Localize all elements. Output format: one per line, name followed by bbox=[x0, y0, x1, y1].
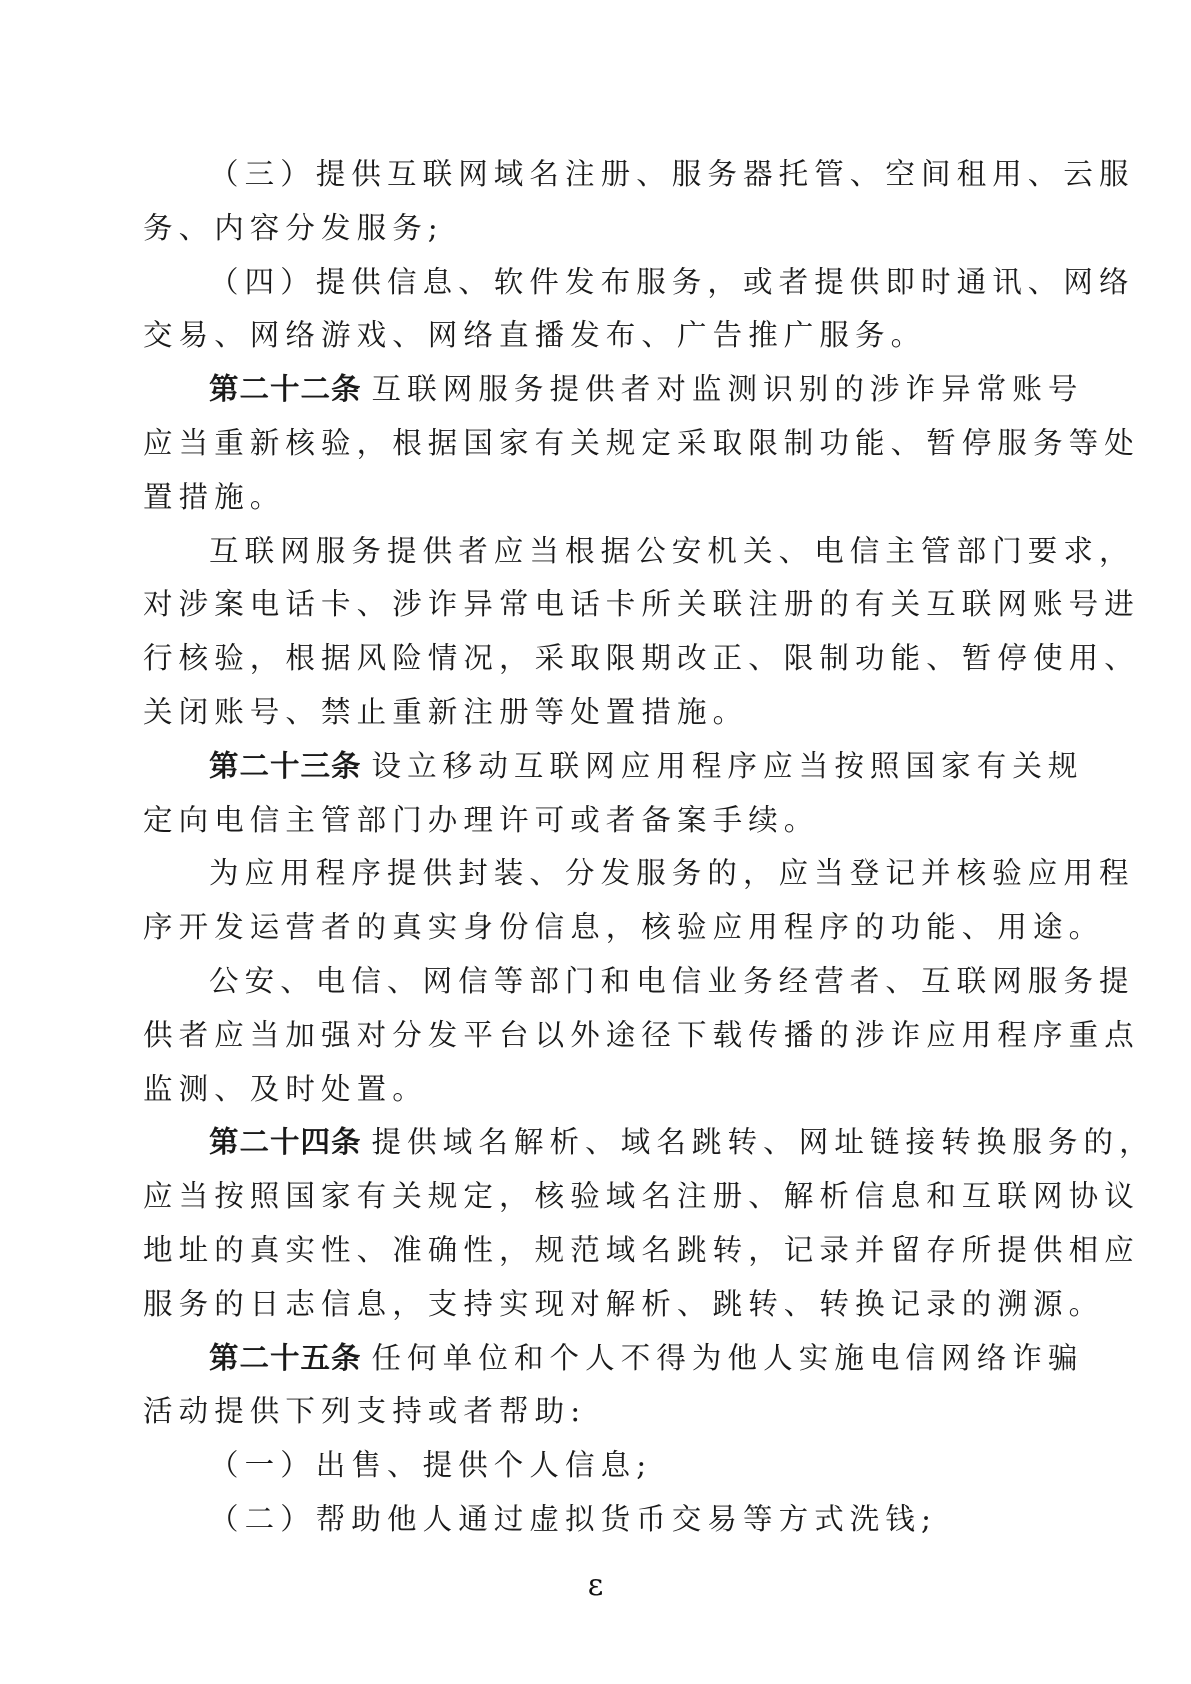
text-line: 第二十二条互联网服务提供者对监测识别的涉诈异常账号 bbox=[143, 363, 1049, 417]
text-line: （二）帮助他人通过虚拟货币交易等方式洗钱; bbox=[143, 1493, 1049, 1547]
text-line: 行核验，根据风险情况，采取限期改正、限制功能、暂停使用、 bbox=[143, 632, 1049, 686]
line-text: 行核验，根据风险情况，采取限期改正、限制功能、暂停使用、 bbox=[143, 641, 1140, 675]
text-line: 活动提供下列支持或者帮助: bbox=[143, 1385, 1049, 1439]
line-text: （三）提供互联网域名注册、服务器托管、空间租用、云服 bbox=[209, 157, 1135, 191]
line-text: 交易、网络游戏、网络直播发布、广告推广服务。 bbox=[143, 318, 926, 352]
text-line: 为应用程序提供封装、分发服务的，应当登记并核验应用程 bbox=[143, 847, 1049, 901]
line-text: 置措施。 bbox=[143, 480, 285, 514]
line-text: 监测、及时处置。 bbox=[143, 1072, 428, 1106]
line-text: 活动提供下列支持或者帮助: bbox=[143, 1394, 586, 1428]
text-line: 公安、电信、网信等部门和电信业务经营者、互联网服务提 bbox=[143, 955, 1049, 1009]
line-text: 任何单位和个人不得为他人实施电信网络诈骗 bbox=[372, 1341, 1084, 1375]
line-text: 对涉案电话卡、涉诈异常电话卡所关联注册的有关互联网账号进 bbox=[143, 587, 1140, 621]
line-text: （一）出售、提供个人信息; bbox=[209, 1448, 652, 1482]
text-line: 第二十五条任何单位和个人不得为他人实施电信网络诈骗 bbox=[143, 1332, 1049, 1386]
document-body: （三）提供互联网域名注册、服务器托管、空间租用、云服 务、内容分发服务; （四）… bbox=[143, 148, 1049, 1547]
text-line: （一）出售、提供个人信息; bbox=[143, 1439, 1049, 1493]
text-line: 监测、及时处置。 bbox=[143, 1063, 1049, 1117]
line-text: 服务的日志信息，支持实现对解析、跳转、转换记录的溯源。 bbox=[143, 1287, 1104, 1321]
page-number: ε bbox=[0, 1568, 1191, 1603]
line-text: 互联网服务提供者应当根据公安机关、电信主管部门要求， bbox=[209, 534, 1135, 568]
text-line: 服务的日志信息，支持实现对解析、跳转、转换记录的溯源。 bbox=[143, 1278, 1049, 1332]
text-line: 务、内容分发服务; bbox=[143, 202, 1049, 256]
text-line: 地址的真实性、准确性，规范域名跳转，记录并留存所提供相应 bbox=[143, 1224, 1049, 1278]
line-text: 为应用程序提供封装、分发服务的，应当登记并核验应用程 bbox=[209, 856, 1135, 890]
line-text: 务、内容分发服务; bbox=[143, 211, 444, 245]
text-line: 关闭账号、禁止重新注册等处置措施。 bbox=[143, 686, 1049, 740]
text-line: （四）提供信息、软件发布服务，或者提供即时通讯、网络 bbox=[143, 256, 1049, 310]
text-line: 置措施。 bbox=[143, 471, 1049, 525]
article-heading-22: 第二十二条 bbox=[209, 372, 362, 406]
text-line: 供者应当加强对分发平台以外途径下载传播的涉诈应用程序重点 bbox=[143, 1009, 1049, 1063]
line-text: 供者应当加强对分发平台以外途径下载传播的涉诈应用程序重点 bbox=[143, 1018, 1140, 1052]
article-heading-24: 第二十四条 bbox=[209, 1125, 362, 1159]
text-line: 交易、网络游戏、网络直播发布、广告推广服务。 bbox=[143, 309, 1049, 363]
line-text: （二）帮助他人通过虚拟货币交易等方式洗钱; bbox=[209, 1502, 937, 1536]
line-text: 提供域名解析、域名跳转、网址链接转换服务的， bbox=[372, 1125, 1155, 1159]
line-text: 应当重新核验，根据国家有关规定采取限制功能、暂停服务等处 bbox=[143, 426, 1140, 460]
line-text: 设立移动互联网应用程序应当按照国家有关规 bbox=[372, 749, 1084, 783]
line-text: 公安、电信、网信等部门和电信业务经营者、互联网服务提 bbox=[209, 964, 1135, 998]
line-text: 应当按照国家有关规定，核验域名注册、解析信息和互联网协议 bbox=[143, 1179, 1140, 1213]
line-text: （四）提供信息、软件发布服务，或者提供即时通讯、网络 bbox=[209, 265, 1135, 299]
text-line: 序开发运营者的真实身份信息，核验应用程序的功能、用途。 bbox=[143, 901, 1049, 955]
text-line: 应当重新核验，根据国家有关规定采取限制功能、暂停服务等处 bbox=[143, 417, 1049, 471]
text-line: 第二十三条设立移动互联网应用程序应当按照国家有关规 bbox=[143, 740, 1049, 794]
line-text: 关闭账号、禁止重新注册等处置措施。 bbox=[143, 695, 748, 729]
text-line: 对涉案电话卡、涉诈异常电话卡所关联注册的有关互联网账号进 bbox=[143, 578, 1049, 632]
text-line: 定向电信主管部门办理许可或者备案手续。 bbox=[143, 794, 1049, 848]
text-line: 应当按照国家有关规定，核验域名注册、解析信息和互联网协议 bbox=[143, 1170, 1049, 1224]
article-heading-23: 第二十三条 bbox=[209, 749, 362, 783]
article-heading-25: 第二十五条 bbox=[209, 1341, 362, 1375]
text-line: （三）提供互联网域名注册、服务器托管、空间租用、云服 bbox=[143, 148, 1049, 202]
text-line: 第二十四条提供域名解析、域名跳转、网址链接转换服务的， bbox=[143, 1116, 1049, 1170]
line-text: 序开发运营者的真实身份信息，核验应用程序的功能、用途。 bbox=[143, 910, 1104, 944]
line-text: 定向电信主管部门办理许可或者备案手续。 bbox=[143, 803, 819, 837]
line-text: 地址的真实性、准确性，规范域名跳转，记录并留存所提供相应 bbox=[143, 1233, 1140, 1267]
line-text: 互联网服务提供者对监测识别的涉诈异常账号 bbox=[372, 372, 1084, 406]
text-line: 互联网服务提供者应当根据公安机关、电信主管部门要求， bbox=[143, 525, 1049, 579]
